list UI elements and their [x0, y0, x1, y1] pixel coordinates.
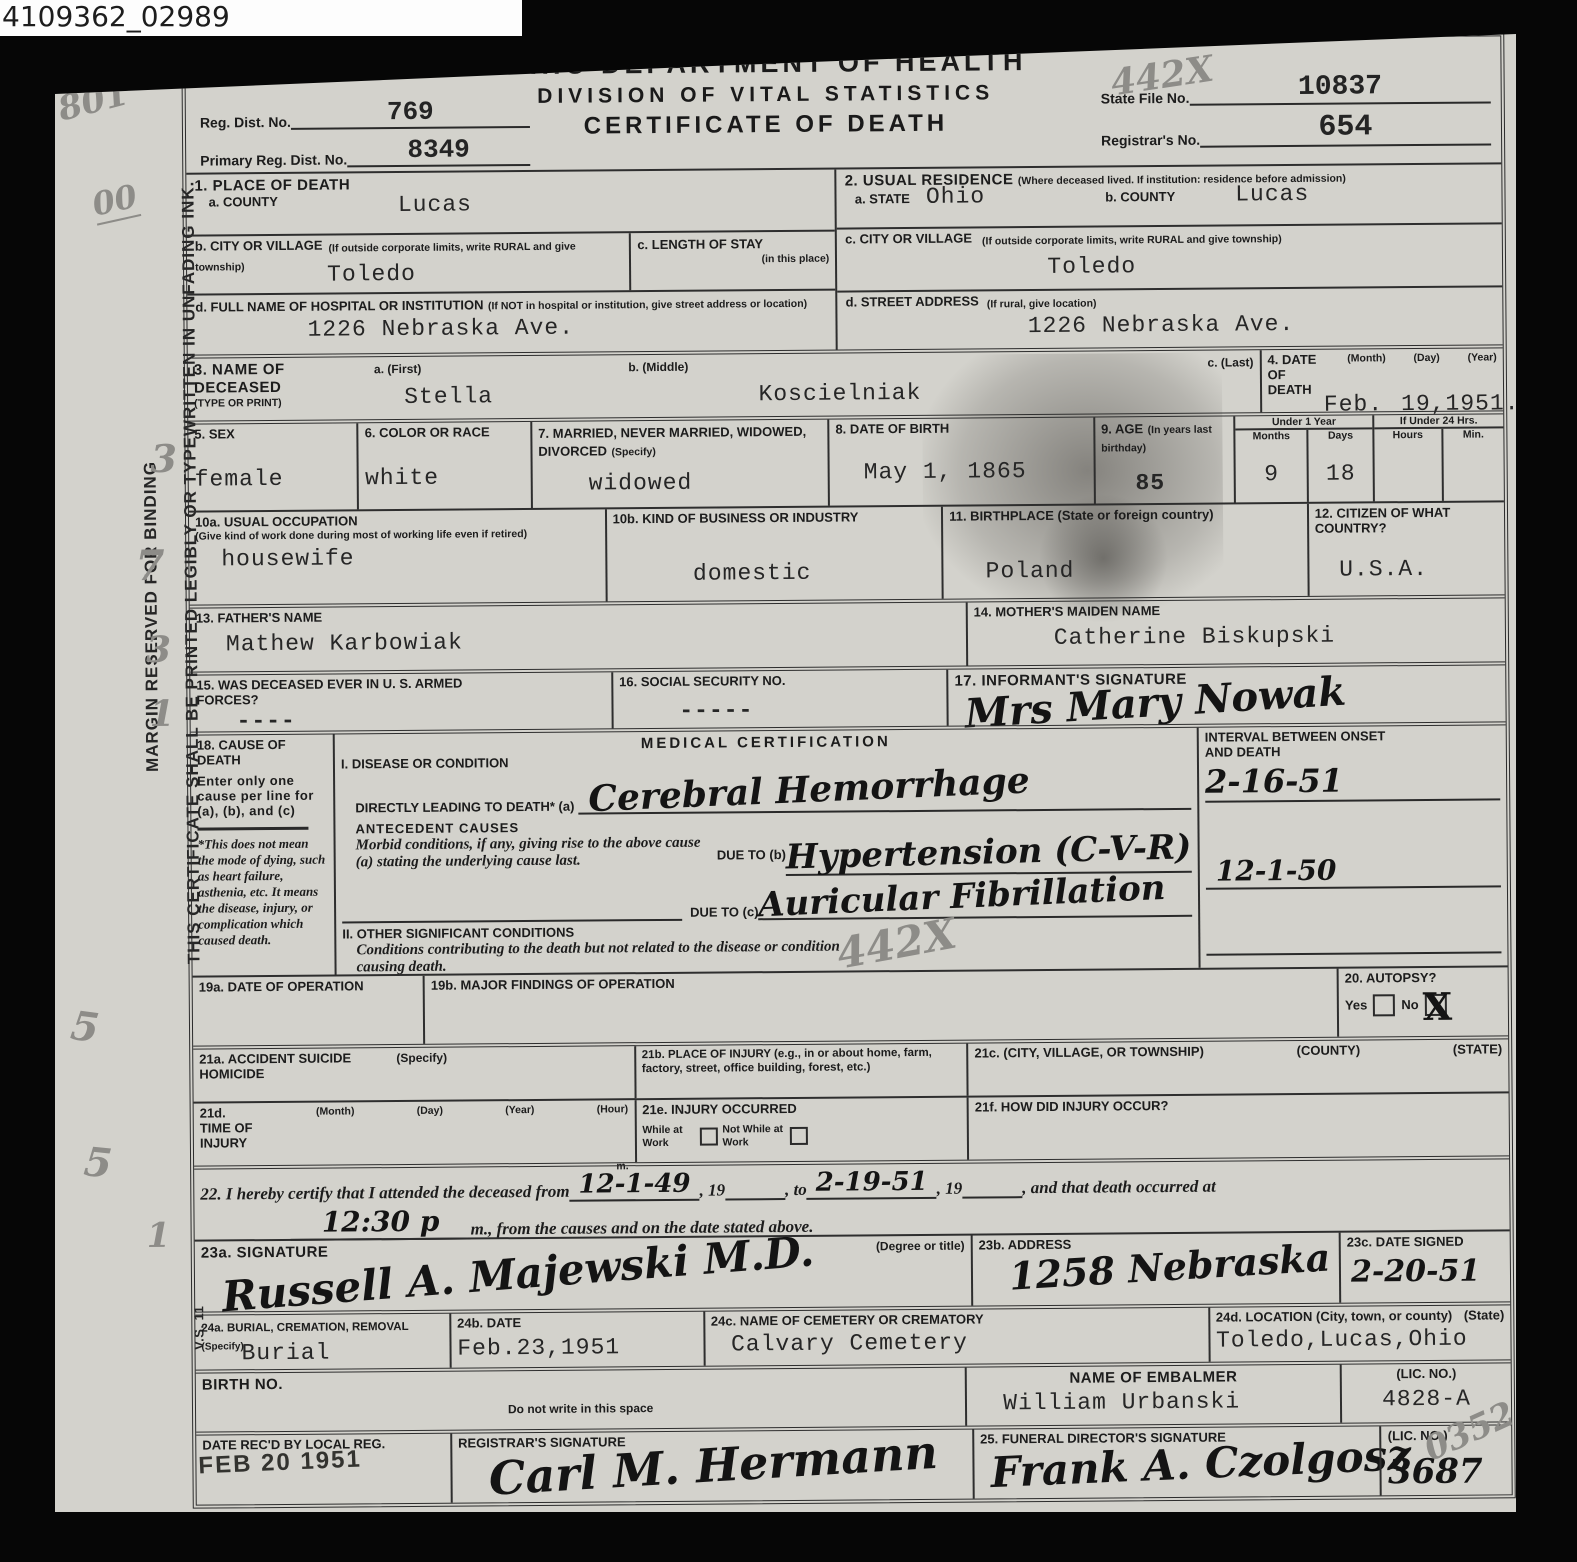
father-section: 13. FATHER'S NAME Mathew Karbowiak [190, 602, 966, 672]
informant-section: 17. INFORMANT'S SIGNATURE Mrs Mary Nowak [946, 666, 1505, 726]
res-street-label: d. STREET ADDRESS [846, 295, 979, 311]
registrar-no-value: 654 [1200, 109, 1491, 147]
injury-location-section: 21c. (CITY, VILLAGE, OR TOWNSHIP) (COUNT… [966, 1040, 1508, 1096]
mother-value: Catherine Biskupski [1054, 622, 1499, 651]
burial-date-value: Feb.23,1951 [457, 1334, 697, 1362]
date-of-death-section: 4. DATE OF DEATH (Month) (Day) (Year) Fe… [1259, 348, 1503, 412]
physician-signature-section: 23a. SIGNATURE (Degree or title) Russell… [195, 1236, 971, 1312]
armed-forces-section: 15. WAS DECEASED EVER IN U. S. ARMED FOR… [190, 673, 611, 732]
autopsy-no-mark: X [1423, 984, 1453, 1029]
sex-section: 5. SEX female [188, 423, 357, 510]
interval-label: INTERVAL BETWEEN ONSET AND DEATH [1205, 729, 1412, 760]
certify-from-value: 12-1-49 [578, 1169, 690, 1200]
forces-ssn-informant-row: 15. WAS DECEASED EVER IN U. S. ARMED FOR… [190, 662, 1505, 732]
certificate-form: OHIO DEPARTMENT OF HEALTH DIVISION OF VI… [181, 32, 1515, 1508]
res-city-label: c. CITY OR VILLAGE [845, 231, 972, 247]
dob-label: 8. DATE OF BIRTH [835, 420, 1087, 437]
pencil-mark: 5 [68, 1002, 102, 1052]
sex-label: 5. SEX [194, 426, 350, 442]
autopsy-yes-label: Yes [1345, 998, 1368, 1013]
ssn-label: 16. SOCIAL SECURITY NO. [619, 673, 940, 690]
occupation-value: housewife [221, 544, 599, 573]
place-of-injury-label: 21b. PLACE OF INJURY (e.g., in or about … [642, 1047, 961, 1076]
birthplace-label: 11. BIRTHPLACE (State or foreign country… [949, 507, 1301, 525]
medical-certification-section: MEDICAL CERTIFICATION I. DISEASE OR COND… [333, 728, 1199, 975]
demographics-row: 5. SEX female 6. COLOR OR RACE white 7. … [188, 410, 1504, 510]
interval-section: INTERVAL BETWEEN ONSET AND DEATH 2-16-51… [1197, 726, 1508, 968]
date-signed-label: 23c. DATE SIGNED [1347, 1235, 1504, 1251]
dept-title: OHIO DEPARTMENT OF HEALTH [425, 45, 1105, 81]
injury-state-label: (STATE) [1453, 1043, 1502, 1058]
res-street-value: 1226 Nebraska Ave. [1028, 311, 1295, 339]
res-city-note: (If outside corporate limits, write RURA… [982, 233, 1282, 247]
injury-city-label: 21c. (CITY, VILLAGE, OR TOWNSHIP) [974, 1045, 1204, 1062]
embalmer-row: BIRTH NO. Do not write in this space NAM… [196, 1359, 1511, 1431]
embalmer-section: NAME OF EMBALMER William Urbanski [965, 1365, 1340, 1426]
embalmer-value: William Urbanski [1003, 1388, 1334, 1417]
parents-row: 13. FATHER'S NAME Mathew Karbowiak 14. M… [190, 594, 1505, 672]
certify-to-value: 2-19-51 [816, 1167, 928, 1198]
injury-row-2: 21d. TIME OF INJURY (Month) (Day) (Year)… [194, 1092, 1509, 1166]
autopsy-no-checkbox: X [1425, 994, 1447, 1016]
pencil-mark: 1 [146, 1216, 170, 1256]
burial-location-state-label: (State) [1464, 1309, 1505, 1324]
age-section: 9. AGE (In years last birthday) 85 [1093, 416, 1234, 503]
age-subdivisions: Under 1 Year Months 9 Days 18 [1234, 414, 1504, 502]
certify-text-mid: , and that death occurred at [1022, 1177, 1216, 1199]
pencil-mark: 7 [135, 541, 165, 590]
citizen-value: U.S.A. [1339, 555, 1498, 582]
cemetery-section: 24c. NAME OF CEMETERY OR CREMATORY Calva… [703, 1308, 1208, 1366]
pencil-mark: 3 [146, 629, 171, 671]
months-value: 9 [1236, 461, 1307, 488]
cause-note1: Enter only one cause per line for (a), (… [197, 774, 327, 820]
not-while-at-work-checkbox [789, 1127, 807, 1145]
pencil-mark: 801 [54, 73, 133, 129]
registrar-no-label: Registrar's No. [1101, 132, 1200, 149]
pod-institution-label: d. FULL NAME OF HOSPITAL OR INSTITUTION [195, 298, 483, 315]
operation-date-label: 19a. DATE OF OPERATION [199, 979, 417, 996]
father-label: 13. FATHER'S NAME [196, 605, 960, 626]
res-street-note: (If rural, give location) [987, 298, 1097, 311]
name-first-label: a. (First) [374, 362, 421, 376]
operation-findings-section: 19b. MAJOR FINDINGS OF OPERATION [423, 969, 1337, 1044]
burial-row: 24a. BURIAL, CREMATION, REMOVAL (Specify… [195, 1301, 1510, 1369]
res-county-value: Lucas [1235, 181, 1309, 208]
interval-b-value: 12-1-50 [1216, 854, 1337, 888]
primary-reg-dist-label: Primary Reg. Dist. No. [200, 151, 347, 168]
birth-no-label: BIRTH NO. [202, 1371, 959, 1395]
physician-signature-label: 23a. SIGNATURE [201, 1244, 329, 1263]
burial-date-section: 24b. DATE Feb.23,1951 [449, 1312, 703, 1368]
burial-date-label: 24b. DATE [457, 1315, 697, 1332]
age-value: 85 [1135, 469, 1228, 496]
autopsy-yes-checkbox [1373, 995, 1395, 1017]
pencil-mark: 3 [150, 436, 177, 481]
under-24-hrs-label: If Under 24 Hrs. [1374, 414, 1503, 430]
burial-specify: (Specify) [201, 1341, 243, 1352]
name-first-value: Stella [404, 382, 629, 410]
res-city-value: Toledo [1047, 253, 1136, 280]
certify-19b: , 19 [937, 1179, 963, 1199]
received-date-stamp: FEB 20 1951 [198, 1446, 362, 1481]
mother-section: 14. MOTHER'S MAIDEN NAME Catherine Bisku… [966, 598, 1506, 666]
days-label: Days [1309, 430, 1373, 443]
interval-a-value: 2-16-51 [1205, 762, 1343, 801]
business-label: 10b. KIND OF BUSINESS OR INDUSTRY [613, 509, 936, 526]
reg-dist-value: 769 [291, 96, 530, 130]
physician-address-section: 23b. ADDRESS 1258 Nebraska [971, 1233, 1340, 1306]
occupation-note: (Give kind of work done during most of w… [195, 527, 550, 542]
armed-forces-label: 15. WAS DECEASED EVER IN U. S. ARMED FOR… [196, 677, 503, 709]
time-of-injury-section: 21d. TIME OF INJURY (Month) (Day) (Year)… [194, 1100, 635, 1165]
date-of-birth-section: 8. DATE OF BIRTH May 1, 1865 [827, 417, 1093, 505]
injury-year-label: (Year) [505, 1104, 534, 1117]
cemetery-value: Calvary Cemetery [731, 1328, 1202, 1358]
burial-location-label: 24d. LOCATION (City, town, or county) [1216, 1309, 1453, 1326]
pencil-mark: 5 [82, 1138, 114, 1187]
cause-c-value: Auricular Fibrillation [758, 868, 1167, 925]
citizen-label: 12. CITIZEN OF WHAT COUNTRY? [1315, 505, 1498, 536]
place-of-death-section: 1. PLACE OF DEATH a. COUNTY Lucas b. CIT… [186, 170, 836, 355]
funeral-lic-section: (LIC. NO.) 0352 3687 [1380, 1425, 1512, 1495]
certify-time-value: 12:30 p [322, 1205, 440, 1239]
birth-no-note: Do not write in this space [202, 1399, 959, 1419]
operation-findings-label: 19b. MAJOR FINDINGS OF OPERATION [431, 972, 1331, 994]
while-at-work-label: While at Work [642, 1124, 694, 1150]
dob-value: May 1, 1865 [864, 457, 1088, 485]
scan-id-label: 4109362_02989 [0, 0, 522, 34]
not-while-at-work-label: Not While at Work [722, 1123, 784, 1149]
pod-county-value: Lucas [398, 191, 472, 218]
injury-occurred-section: 21e. INJURY OCCURRED While at Work Not W… [634, 1098, 967, 1163]
business-value: domestic [693, 558, 936, 586]
cause-label: 18. CAUSE OF DEATH [197, 738, 327, 769]
ssn-value: ----- [679, 696, 941, 724]
name-middle-label: b. (Middle) [628, 360, 688, 374]
name-date-row: 3. NAME OF DECEASED (TYPE OR PRINT) a. (… [188, 344, 1503, 420]
birthplace-value: Poland [986, 556, 1302, 584]
res-state-value: Ohio [926, 183, 985, 209]
cause-of-death-section: 18. CAUSE OF DEATH Enter only one cause … [191, 735, 335, 976]
accident-section: 21a. ACCIDENT SUICIDE HOMICIDE (Specify) [193, 1047, 634, 1102]
marital-label: 7. MARRIED, NEVER MARRIED, WIDOWED, DIVO… [538, 424, 806, 459]
burial-location-value: Toledo,Lucas,Ohio [1216, 1325, 1505, 1353]
marital-note: (Specify) [611, 446, 655, 458]
how-injury-label: 21f. HOW DID INJURY OCCUR? [975, 1097, 1503, 1116]
date-received-section: DATE REC'D BY LOCAL REG. FEB 20 1951 [196, 1434, 450, 1505]
operation-date-section: 19a. DATE OF OPERATION [193, 976, 424, 1046]
days-value: 18 [1309, 460, 1373, 486]
race-value: white [365, 464, 525, 491]
burial-value: Burial [241, 1339, 443, 1367]
months-label: Months [1236, 430, 1307, 443]
reg-dist-label: Reg. Dist. No. [200, 114, 291, 131]
place-of-injury-section: 21b. PLACE OF INJURY (e.g., in or about … [634, 1044, 967, 1099]
burial-label: 24a. BURIAL, CREMATION, REMOVAL [201, 1321, 408, 1335]
name-of-deceased-section: 3. NAME OF DECEASED (TYPE OR PRINT) a. (… [188, 350, 1260, 420]
pencil-mark: 1 [149, 693, 174, 735]
disease-label-2: DIRECTLY LEADING TO DEATH* (a) [355, 800, 574, 817]
morbid-note: Morbid conditions, if any, giving rise t… [356, 835, 717, 880]
burial-location-section: 24d. LOCATION (City, town, or county) (S… [1208, 1305, 1511, 1361]
marital-value: widowed [589, 468, 822, 496]
place-residence-row: 1. PLACE OF DEATH a. COUNTY Lucas b. CIT… [186, 162, 1502, 354]
under-1-year-label: Under 1 Year [1236, 415, 1373, 431]
pencil-mark: 00 [89, 177, 141, 226]
dod-label: 4. DATE OF DEATH [1267, 353, 1319, 398]
date-signed-section: 23c. DATE SIGNED 2-20-51 [1339, 1232, 1510, 1303]
primary-reg-dist-value: 8349 [347, 134, 530, 167]
due-c-label: DUE TO (c) [690, 906, 759, 921]
usual-residence-section: 2. USUAL RESIDENCE (Where deceased lived… [835, 164, 1503, 349]
sex-value: female [195, 465, 352, 492]
res-state-label: a. STATE [855, 192, 910, 210]
form-header: OHIO DEPARTMENT OF HEALTH DIVISION OF VI… [185, 36, 1501, 172]
scan-id-strip: 4109362_02989 [0, 0, 522, 36]
birth-no-section: BIRTH NO. Do not write in this space [196, 1368, 966, 1432]
funeral-director-section: 25. FUNERAL DIRECTOR'S SIGNATURE Frank A… [972, 1426, 1380, 1498]
min-label: Min. [1443, 429, 1503, 442]
hours-label: Hours [1374, 429, 1441, 442]
due-b-label: DUE TO (b) [717, 848, 786, 863]
registration-row: DATE REC'D BY LOCAL REG. FEB 20 1951 REG… [196, 1421, 1512, 1504]
certificate-paper: MARGIN RESERVED FOR BINDING THIS CERTIFI… [55, 26, 1516, 1512]
pod-county-label: a. COUNTY [208, 195, 278, 220]
occupation-section: 10a. USUAL OCCUPATION (Give kind of work… [189, 509, 605, 604]
certify-to-word: , to [785, 1180, 807, 1200]
cause-note2: *This does not mean the mode of dying, s… [198, 836, 329, 949]
name-title: 3. NAME OF DECEASED [194, 360, 374, 397]
marital-section: 7. MARRIED, NEVER MARRIED, WIDOWED, DIVO… [530, 419, 828, 507]
physician-row: 23a. SIGNATURE (Degree or title) Russell… [195, 1230, 1511, 1312]
name-last-label: c. (Last) [1207, 355, 1253, 369]
autopsy-no-label: No [1401, 998, 1418, 1013]
embalmer-label: NAME OF EMBALMER [973, 1368, 1334, 1389]
pod-institution-value: 1226 Nebraska Ave. [307, 315, 574, 343]
time-of-injury-label: 21d. TIME OF INJURY [200, 1106, 254, 1151]
accident-label: 21a. ACCIDENT SUICIDE HOMICIDE [199, 1051, 396, 1098]
burial-section: 24a. BURIAL, CREMATION, REMOVAL (Specify… [195, 1314, 449, 1370]
race-section: 6. COLOR OR RACE white [357, 422, 531, 509]
ssn-section: 16. SOCIAL SECURITY NO. ----- [611, 670, 947, 729]
race-label: 6. COLOR OR RACE [365, 425, 525, 441]
certify-text-pre: 22. I hereby certify that I attended the… [200, 1182, 569, 1205]
injury-hour-label: (Hour) [597, 1103, 629, 1116]
embalmer-lic-label: (LIC. NO.) [1348, 1367, 1505, 1383]
pod-city-label: b. CITY OR VILLAGE [195, 238, 323, 254]
birthplace-section: 11. BIRTHPLACE (State or foreign country… [941, 504, 1307, 599]
pod-institution-note: (If NOT in hospital or institution, give… [488, 298, 807, 313]
autopsy-section: 20. AUTOPSY? Yes No X [1337, 968, 1508, 1037]
injury-county-label: (COUNTY) [1297, 1044, 1361, 1059]
citizen-section: 12. CITIZEN OF WHAT COUNTRY? U.S.A. [1307, 502, 1505, 595]
state-file-value: 10837 [1189, 70, 1491, 105]
injury-month-label: (Month) [316, 1106, 355, 1119]
father-value: Mathew Karbowiak [226, 626, 960, 658]
certify-19a: , 19 [699, 1181, 725, 1201]
name-last-value: Koscielniak [758, 379, 978, 407]
mother-label: 14. MOTHER'S MAIDEN NAME [974, 601, 1499, 620]
registrar-signature-section: REGISTRAR'S SIGNATURE Carl M. Hermann [450, 1430, 973, 1503]
accident-specify: (Specify) [396, 1051, 447, 1097]
pod-stay-label: c. LENGTH OF STAY [637, 236, 763, 252]
business-section: 10b. KIND OF BUSINESS OR INDUSTRY domest… [604, 506, 941, 601]
medical-certification-row: 18. CAUSE OF DEATH Enter only one cause … [191, 722, 1508, 976]
name-sub: (TYPE OR PRINT) [194, 396, 374, 410]
how-injury-section: 21f. HOW DID INJURY OCCUR? [967, 1094, 1509, 1160]
res-county-label: b. COUNTY [1105, 190, 1175, 209]
age-label: 9. AGE [1101, 421, 1143, 436]
date-signed-value: 2-20-51 [1351, 1254, 1504, 1290]
injury-occurred-label: 21e. INJURY OCCURRED [642, 1101, 961, 1118]
while-at-work-checkbox [699, 1127, 717, 1145]
injury-row-1: 21a. ACCIDENT SUICIDE HOMICIDE (Specify)… [193, 1036, 1508, 1102]
occupation-row: 10a. USUAL OCCUPATION (Give kind of work… [189, 500, 1505, 604]
injury-day-label: (Day) [417, 1105, 443, 1118]
operation-autopsy-row: 19a. DATE OF OPERATION 19b. MAJOR FINDIN… [193, 966, 1509, 1046]
pod-city-value: Toledo [327, 260, 416, 287]
cemetery-label: 24c. NAME OF CEMETERY OR CREMATORY [711, 1311, 1202, 1330]
pod-stay-note: (in this place) [637, 252, 829, 266]
